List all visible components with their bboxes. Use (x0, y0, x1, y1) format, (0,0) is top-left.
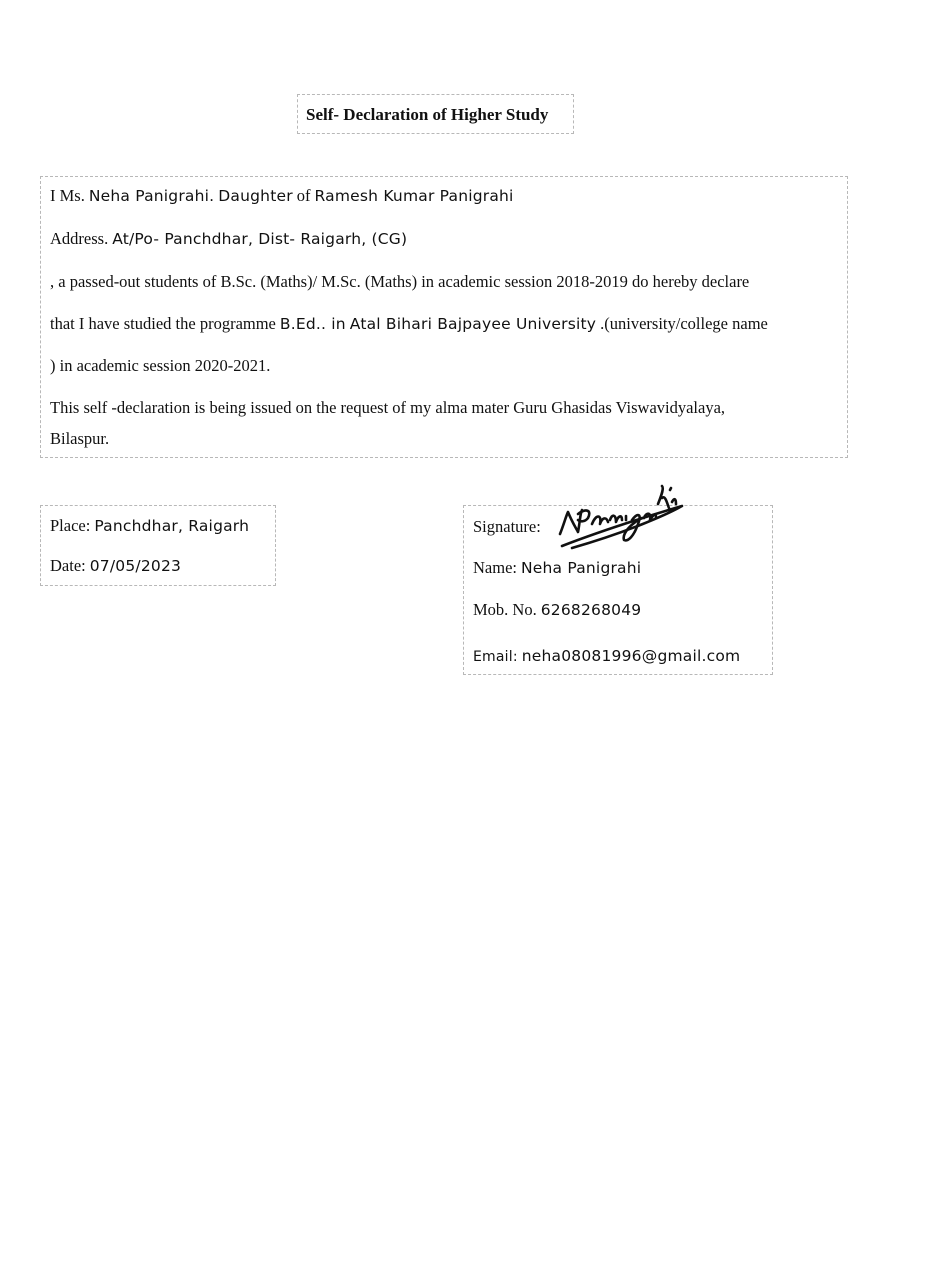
university-suffix: .(university/college name (600, 314, 768, 333)
declaration-line-3: , a passed-out students of B.Sc. (Maths)… (50, 272, 749, 292)
title-box: Self- Declaration of Higher Study (297, 94, 574, 134)
declaration-line-6: This self -declaration is being issued o… (50, 398, 725, 418)
name-line: Name: Neha Panigrahi (473, 558, 641, 578)
email-value: neha08081996@gmail.com (522, 647, 741, 665)
declaration-line-7: Bilaspur. (50, 429, 109, 449)
mobile-label: Mob. No. (473, 600, 537, 619)
handwritten-signature (558, 484, 688, 554)
date-value: 07/05/2023 (90, 557, 181, 575)
mobile-value: 6268268049 (541, 601, 642, 619)
place-label: Place: (50, 516, 90, 535)
name-label: Name: (473, 558, 517, 577)
declaration-line-4: that I have studied the programme B.Ed..… (50, 314, 768, 334)
signature-box: Signature: Name: Neha Panigrahi Mob. No.… (463, 505, 773, 675)
declaration-box: I Ms. Neha Panigrahi. Daughterof Ramesh … (40, 176, 848, 458)
signature-line: Signature: (473, 517, 541, 537)
place-line: Place: Panchdhar, Raigarh (50, 516, 249, 536)
programme-name: B.Ed.. in (280, 315, 346, 333)
declaration-line-2: Address. At/Po- Panchdhar, Dist- Raigarh… (50, 229, 407, 249)
address-label: Address. (50, 229, 108, 248)
declaration-line-5: ) in academic session 2020-2021. (50, 356, 270, 376)
place-date-box: Place: Panchdhar, Raigarh Date: 07/05/20… (40, 505, 276, 586)
programme-prefix: that I have studied the programme (50, 314, 276, 333)
mobile-line: Mob. No. 6268268049 (473, 600, 641, 620)
place-value: Panchdhar, Raigarh (94, 517, 249, 535)
signature-label: Signature: (473, 517, 541, 536)
of-word: of (297, 186, 311, 205)
date-line: Date: 07/05/2023 (50, 556, 181, 576)
email-line: Email: neha08081996@gmail.com (473, 647, 740, 666)
address-value: At/Po- Panchdhar, Dist- Raigarh, (CG) (112, 230, 407, 248)
relation-label: Daughter (218, 187, 293, 205)
father-name: Ramesh Kumar Panigrahi (315, 187, 514, 205)
email-label: Email: (473, 649, 518, 665)
salutation: I Ms. (50, 186, 85, 205)
declaration-line-1: I Ms. Neha Panigrahi. Daughterof Ramesh … (50, 186, 514, 206)
university-name: Atal Bihari Bajpayee University (350, 315, 596, 333)
name-value: Neha Panigrahi (521, 559, 641, 577)
document-title: Self- Declaration of Higher Study (306, 105, 548, 125)
date-label: Date: (50, 556, 86, 575)
applicant-name: Neha Panigrahi. (89, 187, 214, 205)
